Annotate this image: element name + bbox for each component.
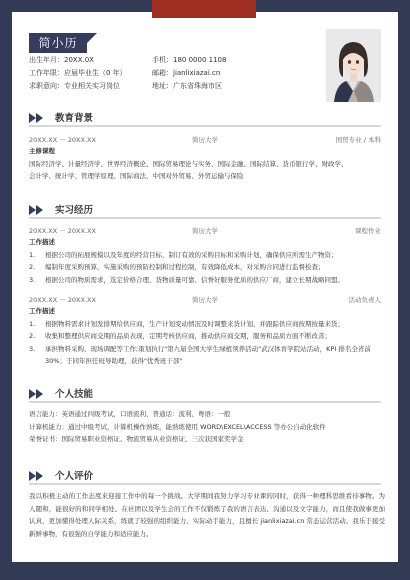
double-chevron-right-icon [29,389,45,399]
list-item: 1.根据物料需求计划发排期给供应商，生产计划变动情况及时调整来货计划，并跟踪供应… [29,318,383,331]
section-divider [29,125,381,127]
education-school: 简历大学 [29,135,381,144]
section-skills-header: 个人技能 [29,385,381,405]
internship-role: 活动负责人 [349,295,382,304]
section-title: 个人技能 [55,386,93,400]
internship-meta: 20XX.XX － 20XX.XX 简历大学 课程作业 [29,226,381,236]
resume-title: 简小历 [29,33,87,53]
skill-line: 语言能力：英语通过四级考试，口语流利、普通话：流利、粤语：一般 [29,408,383,421]
section-divider [29,483,381,485]
education-courses: 主修课程 国际经济学、计量经济学、世界经济概论、国际贸易理论与实务、国际金融、国… [29,145,383,183]
internship-description: 工作描述 1.根据公司的拓展规模以及年度的经营目标，制订有效的采购目标和采购计划… [29,236,383,286]
education-major: 国贸专业 / 本科 [336,135,381,144]
list-item: 3.承担物料采购、现场调配等工作;策划执行"第九届全国大学生绿植领养活动"武汉体… [29,343,383,368]
double-chevron-right-icon [29,471,45,481]
section-divider [29,401,381,403]
info-birth: 出生年月：20XX.0X [29,54,127,67]
self-evaluation-text: 我以积极主动的工作态度来迎接工作中的每一个挑战。大学期间我努力学习专业课的同时，… [29,490,385,540]
section-title: 教育背景 [55,110,93,124]
skill-line: 计算机能力：通过中级考试，计算机操作熟练，能熟练使用 WORD\EXCEL\AC… [29,421,383,434]
personal-info-left: 出生年月：20XX.0X 工作年限：应届毕业生（0 年） 求职意向：专业相关实习… [29,54,127,93]
top-accent-bar [152,0,256,18]
internship-meta: 20XX.XX － 20XX.XX 简历大学 活动负责人 [29,295,381,305]
list-item: 2.编制年度采购预算，实施采购的预防控制和过程控制，有效降低成本，对采购合同进行… [29,261,383,274]
personal-info-right: 手机：180 0000 1108 邮箱：jianlixiazai.cn 地址：广… [152,54,226,93]
internship-description: 工作描述 1.根据物料需求计划发排期给供应商，生产计划变动情况及时调整来货计划，… [29,305,383,368]
resume-page: 简小历 出生年月：20XX.0X 工作年限：应届毕业生（0 年） 求职意向：专业… [12,12,398,562]
section-internship-header: 实习经历 [29,201,381,221]
internship-role: 课程作业 [355,226,381,235]
internship-org: 简历大学 [29,295,381,304]
list-item: 2.收集和整理供应商交期的品质表现，定期考核供应商，推动供应商交期，服务和品质方… [29,330,383,343]
info-address: 地址：广东省珠海市区 [152,80,226,93]
description-subtitle: 工作描述 [29,236,383,249]
info-experience: 工作年限：应届毕业生（0 年） [29,67,127,80]
portrait-photo [326,29,381,102]
section-education-header: 教育背景 [29,109,381,129]
section-title: 个人评价 [55,468,93,482]
courses-subtitle: 主修课程 [29,145,383,158]
section-title: 实习经历 [55,202,93,216]
courses-line: 会计学、统计学、管理学原理、国际商法、中国对外贸易、外贸运输与保险 [29,170,383,183]
info-objective: 求职意向：专业相关实习岗位 [29,80,127,93]
education-meta: 20XX.XX － 20XX.XX 简历大学 国贸专业 / 本科 [29,135,381,145]
skill-line: 荣誉证书：国际贸易职业资格证、物流贸易从业资格证、三次获国家奖学金 [29,433,383,446]
courses-line: 国际经济学、计量经济学、世界经济概论、国际贸易理论与实务、国际金融、国际结算、货… [29,158,383,171]
list-item: 1.根据公司的拓展规模以及年度的经营目标，制订有效的采购目标和采购计划，确保供应… [29,249,383,262]
info-email: 邮箱：jianlixiazai.cn [152,67,226,80]
skills-list: 语言能力：英语通过四级考试，口语流利、普通话：流利、粤语：一般 计算机能力：通过… [29,408,383,446]
info-phone: 手机：180 0000 1108 [152,54,226,67]
internship-org: 简历大学 [29,226,381,235]
double-chevron-right-icon [29,205,45,215]
description-subtitle: 工作描述 [29,305,383,318]
list-item: 3.根据公司的物质需求，选定价格合理、货物质量可靠、信誉好服务优质的供应厂商，建… [29,274,383,287]
portrait-icon [326,29,381,102]
section-evaluation-header: 个人评价 [29,467,381,487]
double-chevron-right-icon [29,113,45,123]
section-divider [29,217,381,219]
